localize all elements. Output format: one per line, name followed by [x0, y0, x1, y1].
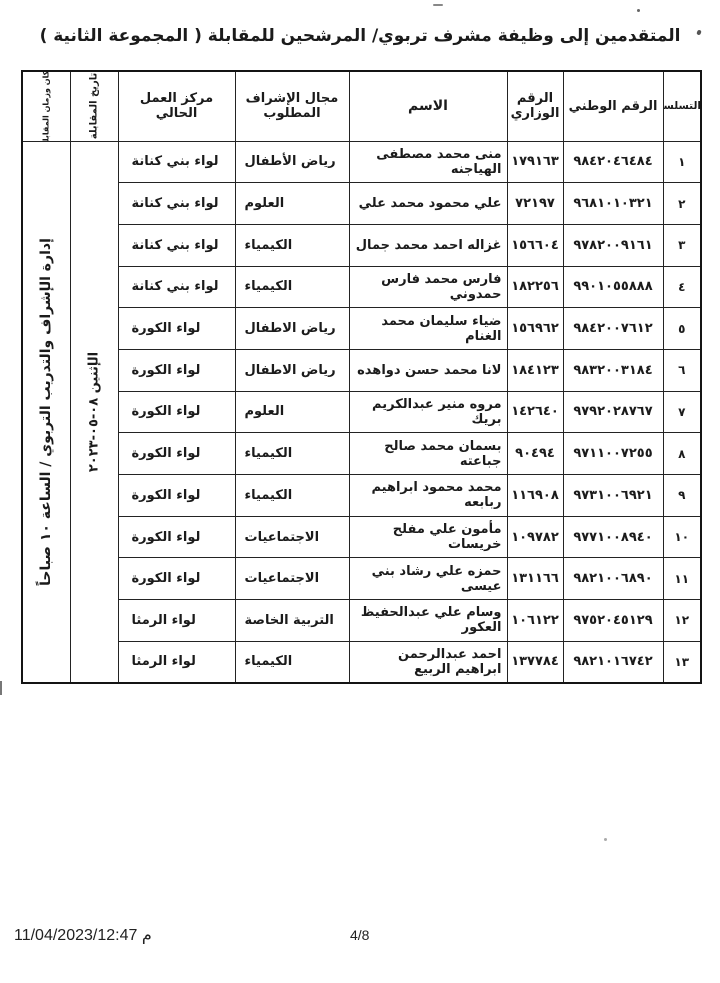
field-cell: رياض الاطفال [235, 349, 349, 391]
field-cell: رياض الأطفال [235, 141, 349, 183]
work-center-cell: لواء الكورة [118, 516, 235, 558]
scan-artifact [637, 9, 640, 12]
serial-cell: ١٠ [663, 516, 701, 558]
field-cell: الكيمياء [235, 224, 349, 266]
name-cell: وسام علي عبدالحفيظ العكور [349, 600, 507, 642]
print-timestamp: 11/04/2023/12:47 م [14, 925, 152, 945]
table-header: التسلسل الرقم الوطني الرقم الوزاري الاسم… [22, 71, 701, 141]
ministry-id-cell: ٩٠٤٩٤ [507, 433, 563, 475]
field-cell: رياض الاطفال [235, 308, 349, 350]
ministry-id-cell: ١٨٢٢٥٦ [507, 266, 563, 308]
field-cell: الاجتماعيات [235, 516, 349, 558]
ministry-id-cell: ١١٦٩٠٨ [507, 475, 563, 517]
national-id-cell: ٩٧٥٢٠٤٥١٢٩ [563, 600, 663, 642]
serial-cell: ٤ [663, 266, 701, 308]
serial-cell: ١ [663, 141, 701, 183]
ministry-id-cell: ١٨٤١٢٣ [507, 349, 563, 391]
field-cell: العلوم [235, 183, 349, 225]
serial-cell: ١٢ [663, 600, 701, 642]
work-center-cell: لواء بني كنانة [118, 183, 235, 225]
field-cell: الكيمياء [235, 266, 349, 308]
national-id-cell: ٩٨٢١٠٠٦٨٩٠ [563, 558, 663, 600]
serial-cell: ٣ [663, 224, 701, 266]
table-row: ٧٩٧٩٢٠٢٨٧٦٧١٤٢٦٤٠مروه منير عبدالكريم بري… [22, 391, 701, 433]
work-center-cell: لواء الكورة [118, 558, 235, 600]
table-row: ١٢٩٧٥٢٠٤٥١٢٩١٠٦١٢٢وسام علي عبدالحفيظ الع… [22, 600, 701, 642]
work-center-cell: لواء الكورة [118, 349, 235, 391]
table-body: ١٩٨٤٢٠٤٦٤٨٤١٧٩١٦٣منى محمد مصطفى الهياجنه… [22, 141, 701, 683]
serial-cell: ٩ [663, 475, 701, 517]
serial-cell: ٧ [663, 391, 701, 433]
national-id-cell: ٩٧٩٢٠٢٨٧٦٧ [563, 391, 663, 433]
work-center-cell: لواء الكورة [118, 308, 235, 350]
serial-cell: ٨ [663, 433, 701, 475]
work-center-cell: لواء الكورة [118, 391, 235, 433]
scan-artifact [433, 4, 443, 6]
name-cell: حمزه علي رشاد بني عيسى [349, 558, 507, 600]
scan-artifact [604, 838, 607, 841]
header-field: مجال الإشراف المطلوب [235, 71, 349, 141]
name-cell: غزاله احمد محمد جمال [349, 224, 507, 266]
header-serial: التسلسل [663, 71, 701, 141]
interview-place-cell: إدارة الإشراف والتدريب التربوي / الساعة … [22, 141, 70, 683]
document-title: المتقدمين إلى وظيفة مشرف تربوي/ المرشحين… [0, 26, 720, 46]
applicants-table-wrap: التسلسل الرقم الوطني الرقم الوزاري الاسم… [21, 70, 700, 684]
table-row: ٦٩٨٣٢٠٠٣١٨٤١٨٤١٢٣لانا محمد حسن دواهدهريا… [22, 349, 701, 391]
table-row: ٣٩٧٨٢٠٠٩١٦١١٥٦٦٠٤غزاله احمد محمد جمالالك… [22, 224, 701, 266]
name-cell: محمد محمود ابراهيم ربابعه [349, 475, 507, 517]
header-work-center: مركز العمل الحالي [118, 71, 235, 141]
name-cell: فارس محمد فارس حمدوني [349, 266, 507, 308]
serial-cell: ١٣ [663, 641, 701, 683]
work-center-cell: لواء بني كنانة [118, 141, 235, 183]
national-id-cell: ٩٧٣١٠٠٦٩٢١ [563, 475, 663, 517]
table-row: ٩٩٧٣١٠٠٦٩٢١١١٦٩٠٨محمد محمود ابراهيم رباب… [22, 475, 701, 517]
national-id-cell: ٩٧١١٠٠٧٢٥٥ [563, 433, 663, 475]
work-center-cell: لواء الكورة [118, 475, 235, 517]
table-row: ١٠٩٧٧١٠٠٨٩٤٠١٠٩٧٨٢مأمون علي مفلح خريساتا… [22, 516, 701, 558]
name-cell: مروه منير عبدالكريم بريك [349, 391, 507, 433]
page-number: 4/8 [350, 927, 369, 943]
name-cell: مأمون علي مفلح خريسات [349, 516, 507, 558]
table-row: ١٩٨٤٢٠٤٦٤٨٤١٧٩١٦٣منى محمد مصطفى الهياجنه… [22, 141, 701, 183]
ministry-id-cell: ١٠٩٧٨٢ [507, 516, 563, 558]
field-cell: التربية الخاصة [235, 600, 349, 642]
ministry-id-cell: ١٥٦٦٠٤ [507, 224, 563, 266]
ministry-id-cell: ١٣١١٦٦ [507, 558, 563, 600]
national-id-cell: ٩٦٨١٠١٠٣٢١ [563, 183, 663, 225]
serial-cell: ٦ [663, 349, 701, 391]
header-name: الاسم [349, 71, 507, 141]
interview-place-value: إدارة الإشراف والتدريب التربوي / الساعة … [38, 238, 54, 586]
ministry-id-cell: ١٧٩١٦٣ [507, 141, 563, 183]
scan-artifact [0, 681, 2, 695]
table-row: ١١٩٨٢١٠٠٦٨٩٠١٣١١٦٦حمزه علي رشاد بني عيسى… [22, 558, 701, 600]
field-cell: الكيمياء [235, 433, 349, 475]
national-id-cell: ٩٨٤٢٠٠٧٦١٢ [563, 308, 663, 350]
name-cell: منى محمد مصطفى الهياجنه [349, 141, 507, 183]
name-cell: احمد عبدالرحمن ابراهيم الربيع [349, 641, 507, 683]
name-cell: ضياء سليمان محمد الغنام [349, 308, 507, 350]
national-id-cell: ٩٨٣٢٠٠٣١٨٤ [563, 349, 663, 391]
ministry-id-cell: ١٤٢٦٤٠ [507, 391, 563, 433]
serial-cell: ٢ [663, 183, 701, 225]
scanned-document-page: المتقدمين إلى وظيفة مشرف تربوي/ المرشحين… [0, 0, 720, 983]
interview-date-value: الإثنين ٠٨-٠٥-٢٠٢٣ [87, 352, 102, 472]
ministry-id-cell: ١٣٧٧٨٤ [507, 641, 563, 683]
interview-date-cell: الإثنين ٠٨-٠٥-٢٠٢٣ [70, 141, 118, 683]
header-ministry-id: الرقم الوزاري [507, 71, 563, 141]
header-national-id: الرقم الوطني [563, 71, 663, 141]
table-row: ٥٩٨٤٢٠٠٧٦١٢١٥٦٩٦٢ضياء سليمان محمد الغنام… [22, 308, 701, 350]
name-cell: لانا محمد حسن دواهده [349, 349, 507, 391]
serial-cell: ١١ [663, 558, 701, 600]
ministry-id-cell: ١٠٦١٢٢ [507, 600, 563, 642]
work-center-cell: لواء بني كنانة [118, 266, 235, 308]
ministry-id-cell: ١٥٦٩٦٢ [507, 308, 563, 350]
table-row: ٢٩٦٨١٠١٠٣٢١٧٢١٩٧علي محمود محمد عليالعلوم… [22, 183, 701, 225]
work-center-cell: لواء الكورة [118, 433, 235, 475]
name-cell: علي محمود محمد علي [349, 183, 507, 225]
work-center-cell: لواء الرمثا [118, 600, 235, 642]
header-interview-date: تاريخ المقابلة [70, 71, 118, 141]
field-cell: العلوم [235, 391, 349, 433]
applicants-table: التسلسل الرقم الوطني الرقم الوزاري الاسم… [21, 70, 702, 684]
national-id-cell: ٩٩٠١٠٥٥٨٨٨ [563, 266, 663, 308]
field-cell: الكيمياء [235, 641, 349, 683]
table-row: ٨٩٧١١٠٠٧٢٥٥٩٠٤٩٤بسمان محمد صالح جباعتهال… [22, 433, 701, 475]
table-row: ١٣٩٨٢١٠١٦٧٤٢١٣٧٧٨٤احمد عبدالرحمن ابراهيم… [22, 641, 701, 683]
national-id-cell: ٩٧٨٢٠٠٩١٦١ [563, 224, 663, 266]
header-interview-place: مكان وزمان المقابلة [22, 71, 70, 141]
national-id-cell: ٩٧٧١٠٠٨٩٤٠ [563, 516, 663, 558]
work-center-cell: لواء الرمثا [118, 641, 235, 683]
name-cell: بسمان محمد صالح جباعته [349, 433, 507, 475]
field-cell: الاجتماعيات [235, 558, 349, 600]
ministry-id-cell: ٧٢١٩٧ [507, 183, 563, 225]
national-id-cell: ٩٨٢١٠١٦٧٤٢ [563, 641, 663, 683]
work-center-cell: لواء بني كنانة [118, 224, 235, 266]
national-id-cell: ٩٨٤٢٠٤٦٤٨٤ [563, 141, 663, 183]
header-row: التسلسل الرقم الوطني الرقم الوزاري الاسم… [22, 71, 701, 141]
serial-cell: ٥ [663, 308, 701, 350]
field-cell: الكيمياء [235, 475, 349, 517]
table-row: ٤٩٩٠١٠٥٥٨٨٨١٨٢٢٥٦فارس محمد فارس حمدونيال… [22, 266, 701, 308]
